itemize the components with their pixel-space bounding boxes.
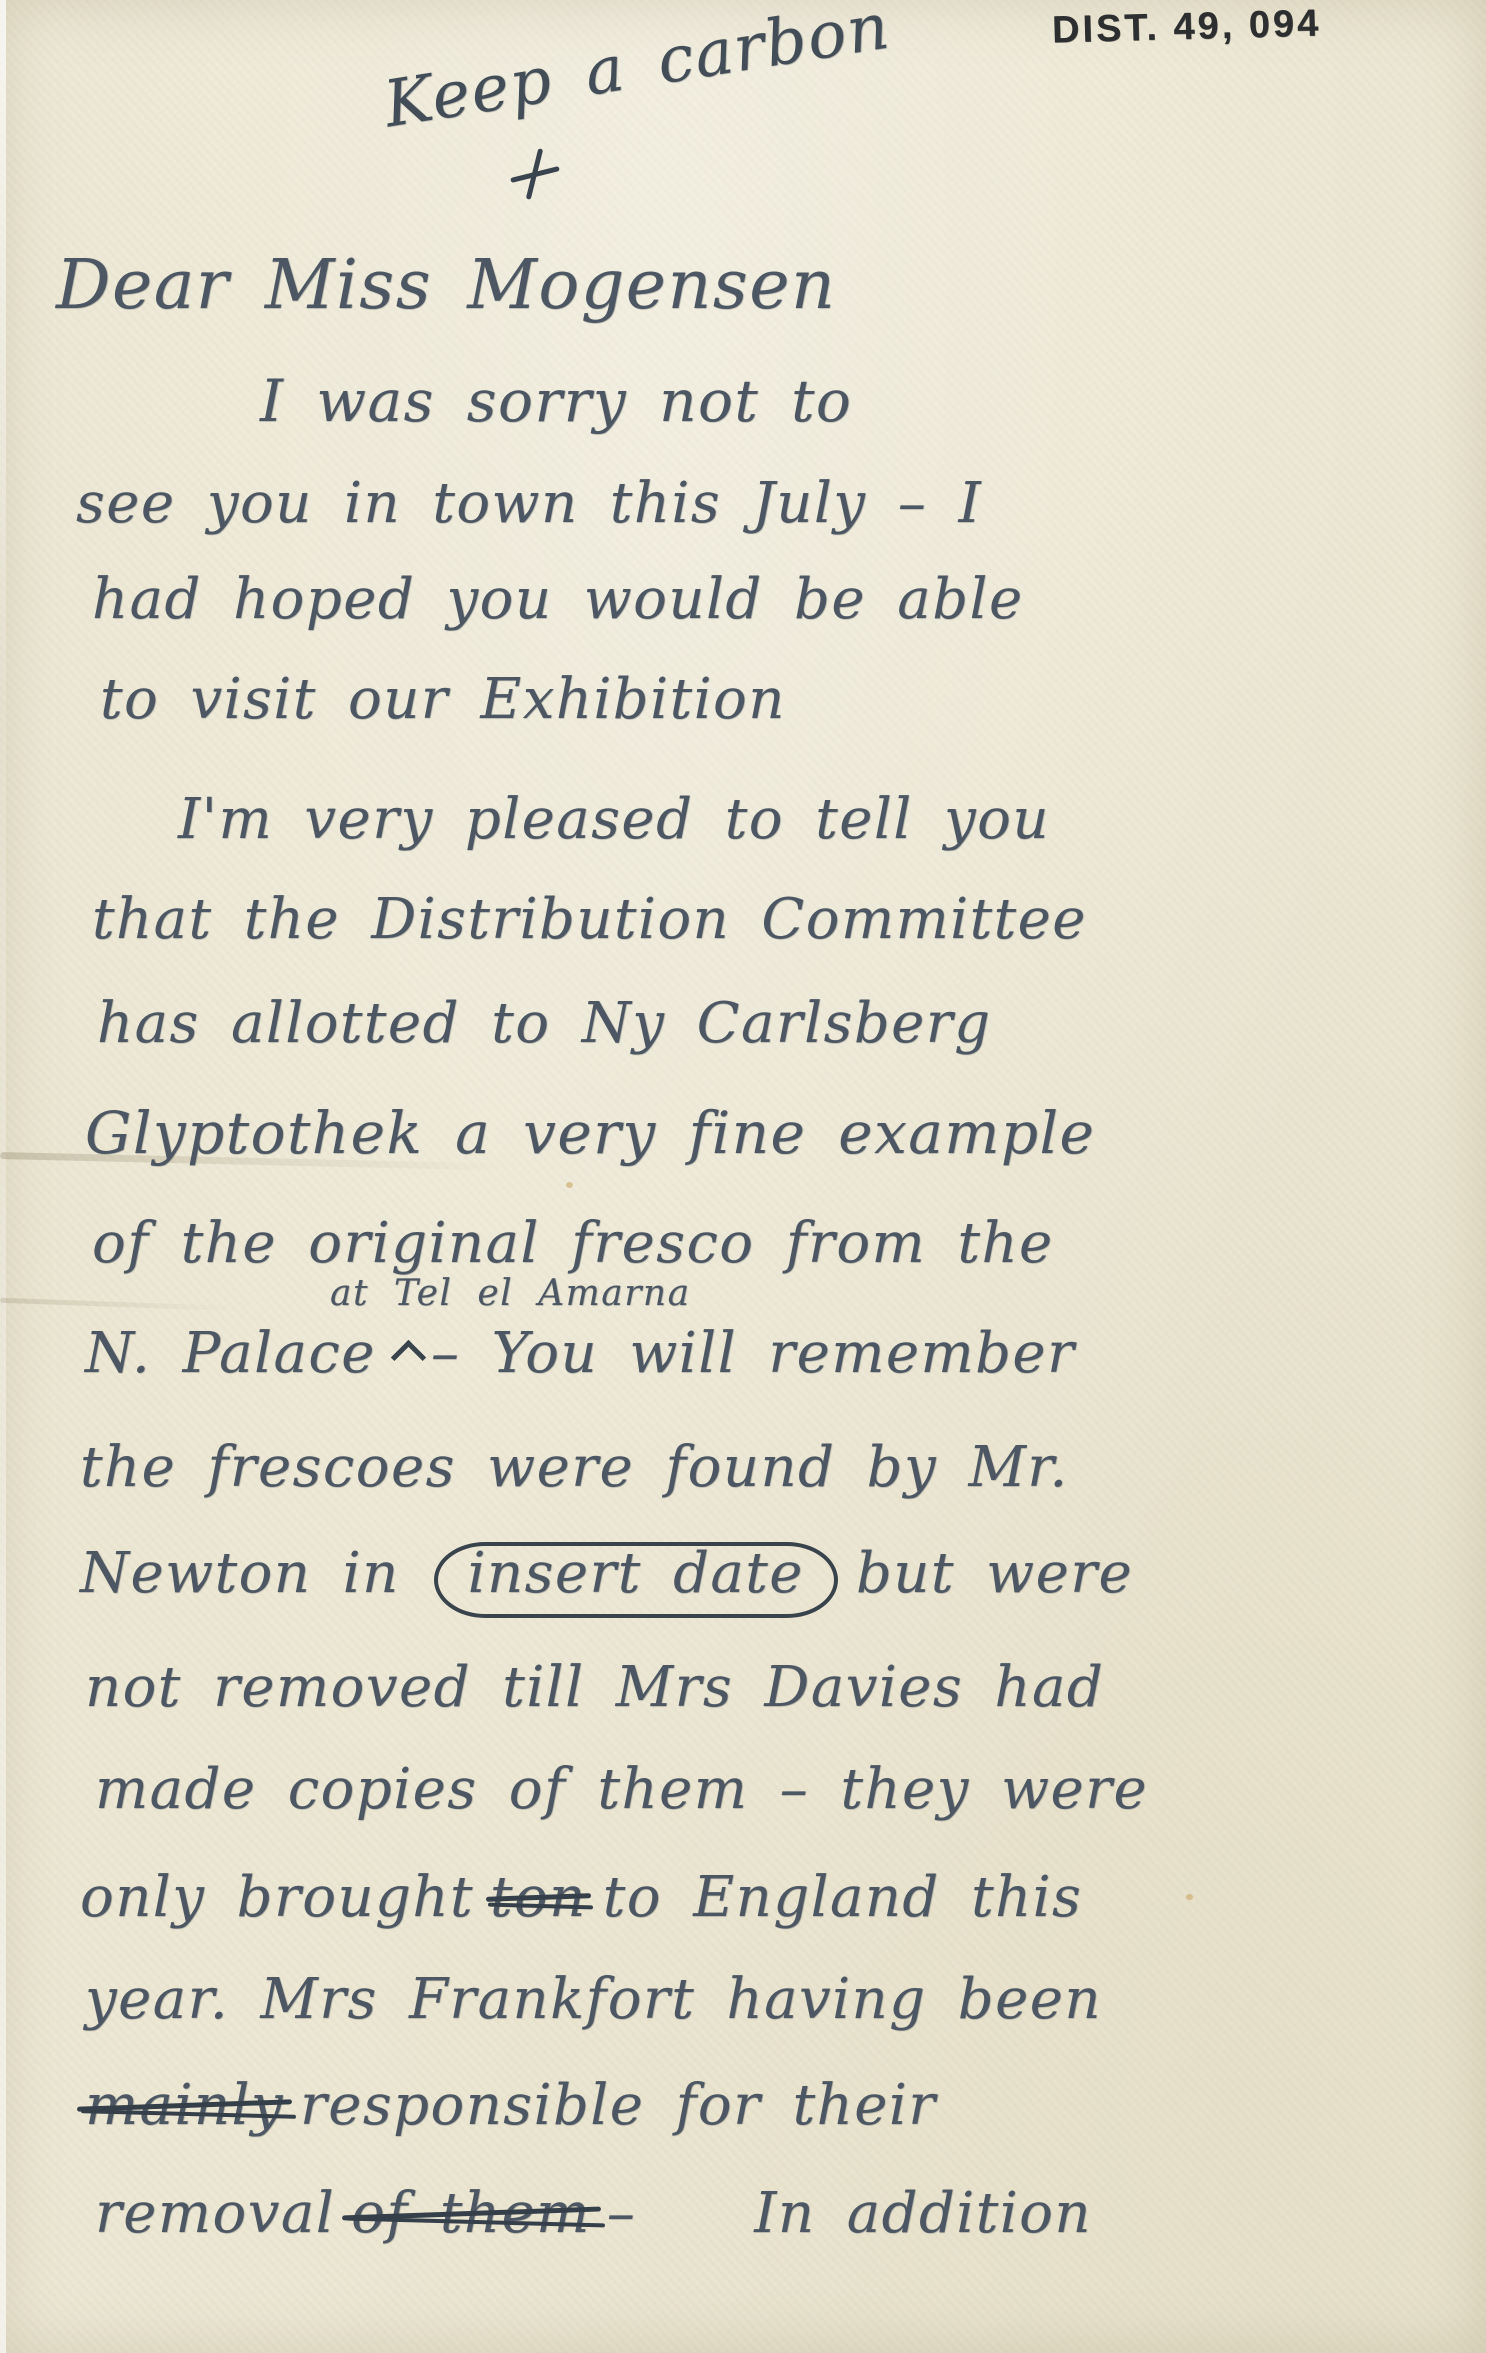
struck-word: of them [351, 2186, 591, 2242]
line-text: – [607, 2181, 637, 2246]
paper-edge [0, 0, 6, 2353]
line-text: In addition [754, 2181, 1092, 2246]
line-text: to England this [603, 1865, 1083, 1930]
letter-line: I was sorry not to [260, 372, 852, 430]
line-text: – You will remember [431, 1321, 1075, 1386]
letter-line: to visit our Exhibition [100, 672, 786, 728]
letter-line: year. Mrs Frankfort having been [85, 1972, 1102, 2028]
line-text: but were [856, 1541, 1133, 1606]
paper-speck [566, 1182, 573, 1188]
letter-line: I'm very pleased to tell you [178, 792, 1050, 848]
letter-line: of the original fresco from the [92, 1216, 1054, 1272]
circled-note: insert date [434, 1542, 838, 1618]
letter-line: the frescoes were found by Mr. [80, 1440, 1069, 1496]
letter-page: DIST. 49, 094 Keep a carbon Dear Miss Mo… [0, 0, 1486, 2353]
line-text: N. Palace [85, 1321, 376, 1386]
letter-line: N. Palace– You will remember [85, 1326, 1075, 1382]
letter-line: has allotted to Ny Carlsberg [97, 996, 991, 1052]
letter-line: removalof them–In addition [95, 2186, 1092, 2242]
struck-word: mainly [85, 2078, 284, 2134]
insertion-caret-icon [391, 1340, 426, 1375]
letter-line: made copies of them – they were [95, 1762, 1148, 1818]
crossed-out-mark-icon [512, 148, 558, 202]
letter-line: had hoped you would be able [92, 572, 1024, 628]
line-text: only brought [80, 1865, 474, 1930]
line-text: Newton in [80, 1541, 400, 1606]
inserted-phrase: at Tel el Amarna [330, 1276, 691, 1312]
archive-number: DIST. 49, 094 [1051, 2, 1321, 52]
letter-line: only broughttonto England this [80, 1870, 1082, 1926]
letter-line: not removed till Mrs Davies had [85, 1660, 1104, 1716]
letter-line: see you in town this July – I [76, 476, 982, 532]
carbon-instruction: Keep a carbon [380, 0, 894, 138]
letter-line: Glyptothek a very fine example [85, 1104, 1095, 1162]
paper-speck [1186, 1894, 1193, 1900]
letter-line: that the Distribution Committee [92, 892, 1087, 948]
letter-line: Newton ininsert datebut were [80, 1542, 1133, 1618]
paper-crease [0, 1298, 240, 1311]
letter-line: mainlyresponsible for their [85, 2078, 937, 2134]
salutation: Dear Miss Mogensen [56, 252, 836, 320]
struck-word: ton [490, 1870, 587, 1926]
line-text: responsible for their [300, 2073, 937, 2138]
line-text: removal [95, 2181, 335, 2246]
